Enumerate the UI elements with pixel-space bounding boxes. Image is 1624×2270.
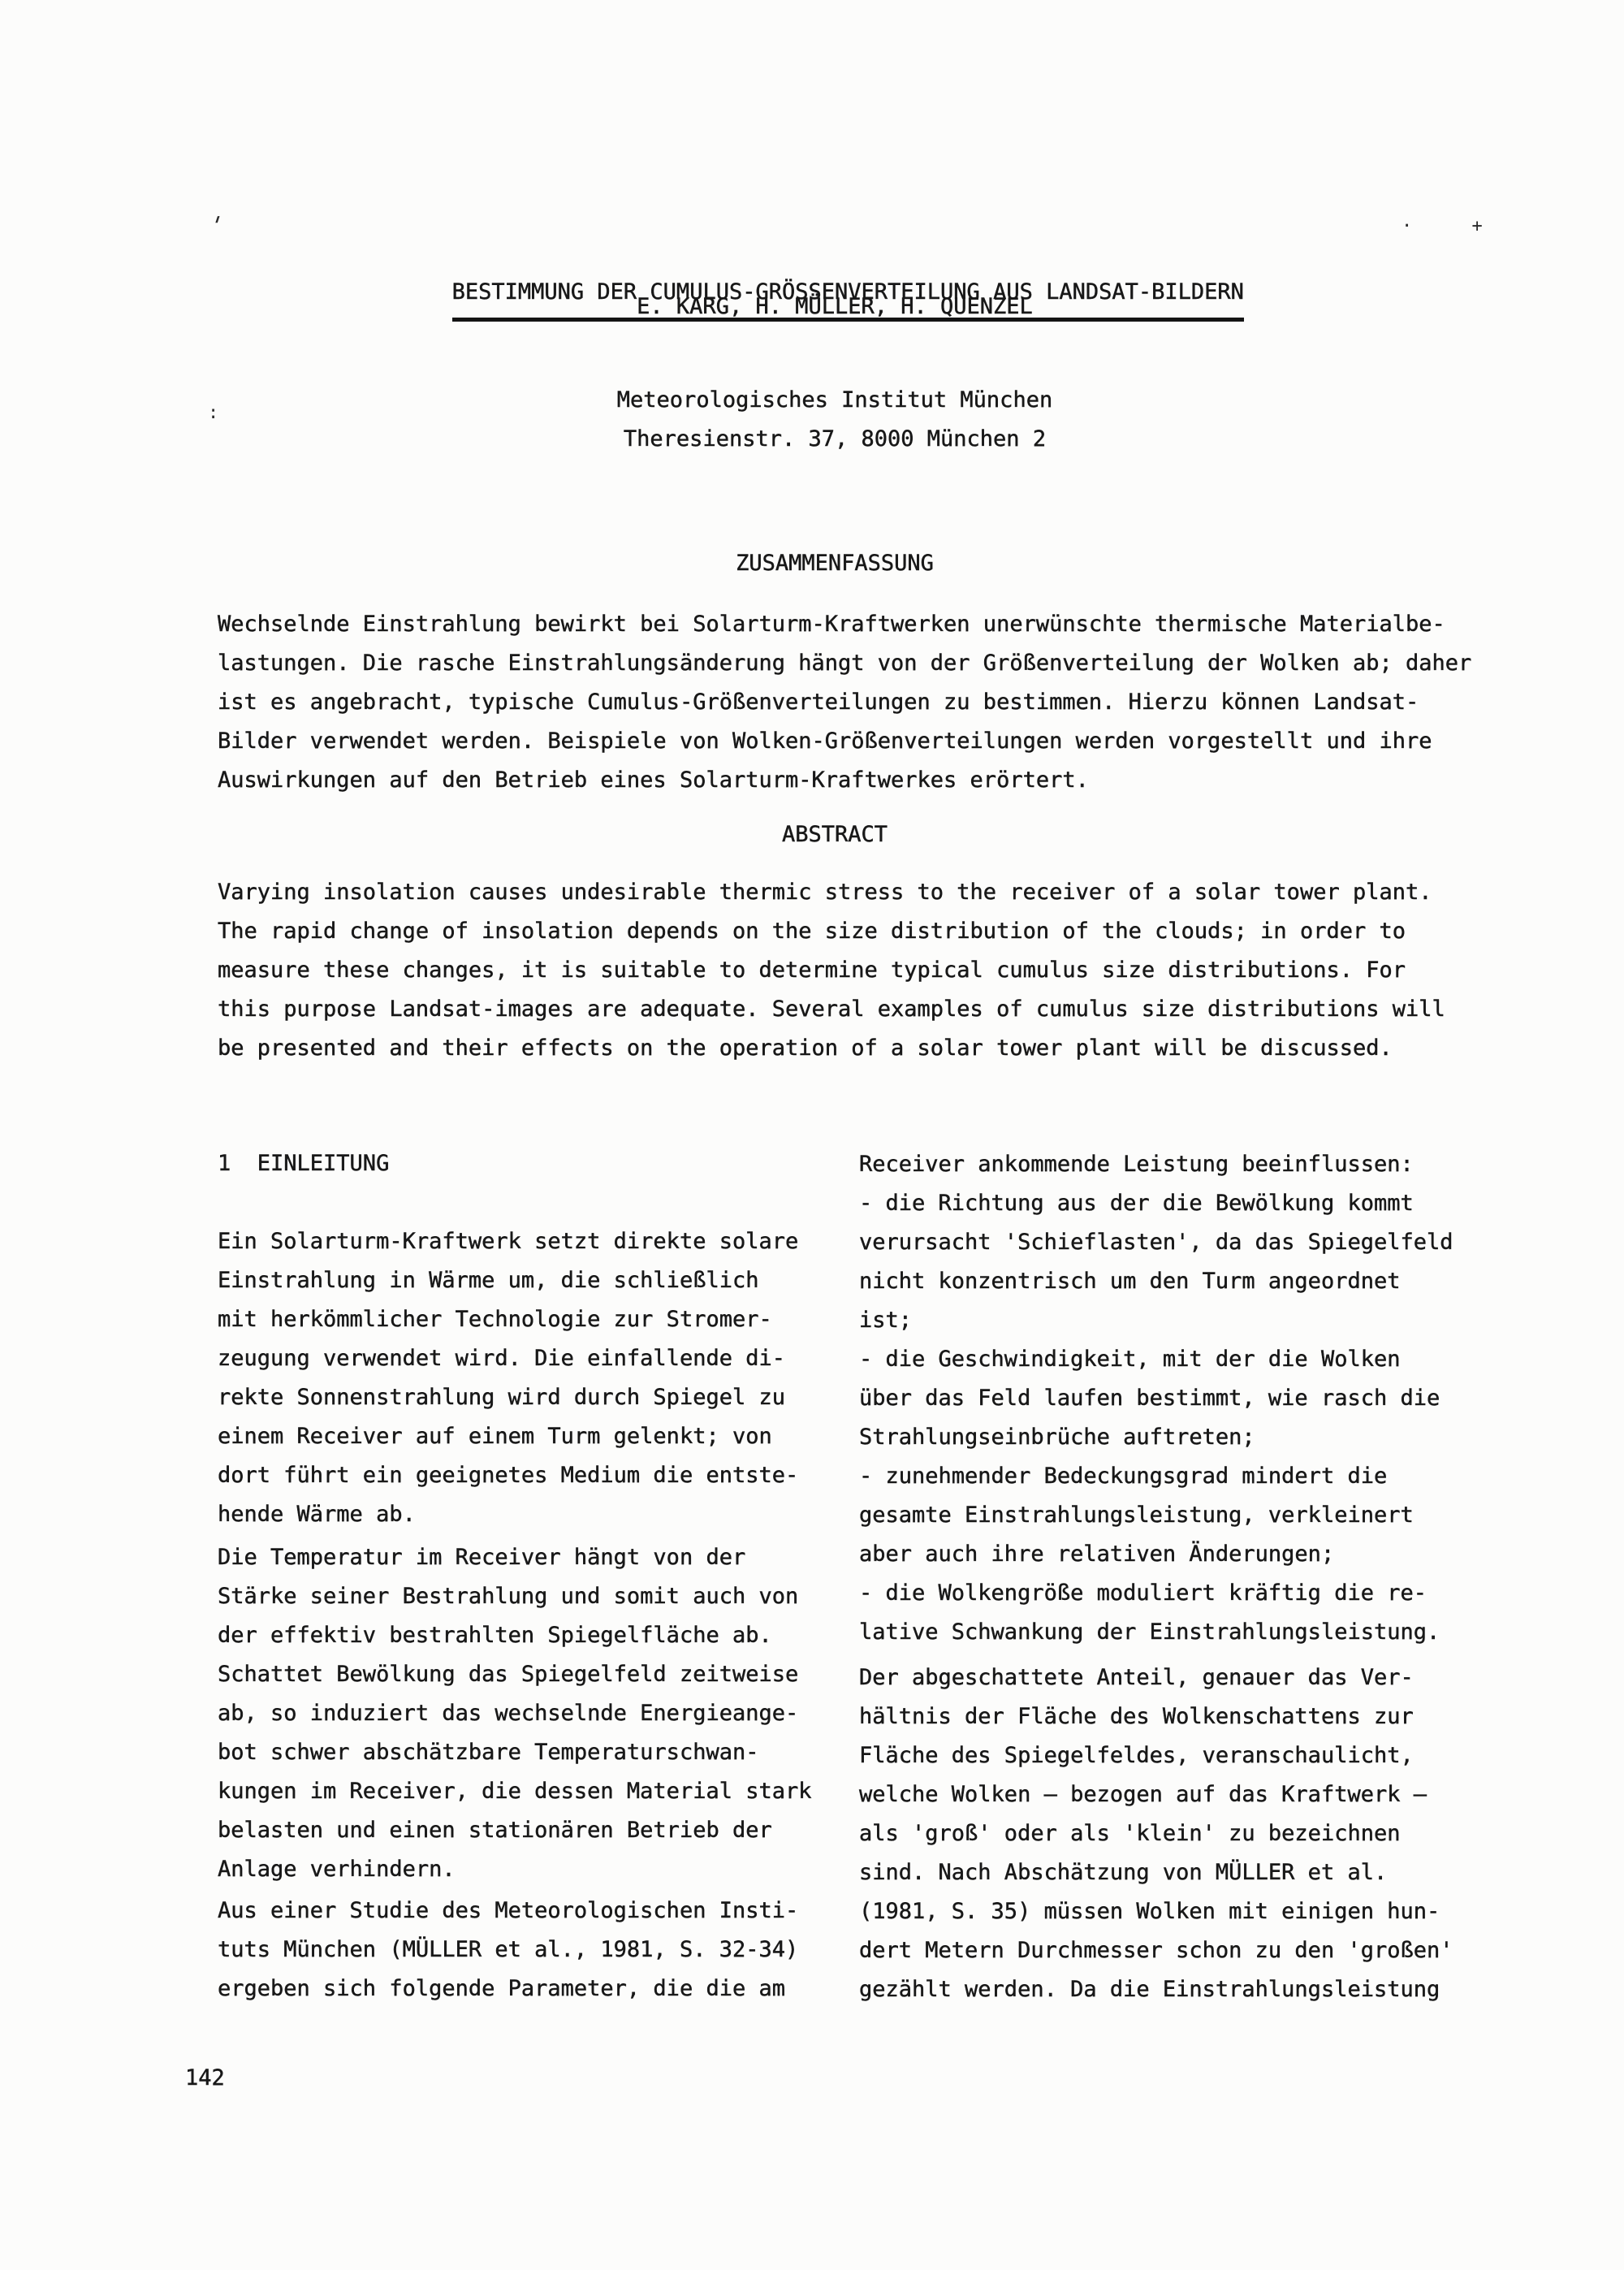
- section-heading-abstract: ABSTRACT: [218, 815, 1452, 854]
- zusammenfassung-paragraph: Wechselnde Einstrahlung bewirkt bei Sola…: [218, 605, 1501, 800]
- authors-line: E. KARG, H. MÜLLER, H. QUENZEL: [218, 288, 1452, 326]
- einleitung-left-paragraph-1: Ein Solarturm-Kraftwerk setzt direkte so…: [218, 1222, 851, 1534]
- abstract-paragraph: Varying insolation causes undesirable th…: [218, 873, 1501, 1068]
- einleitung-left-paragraph-2: Die Temperatur im Receiver hängt von der…: [218, 1538, 851, 1889]
- scan-artifact-top-left: ': [205, 218, 225, 236]
- page-number: 142: [185, 2059, 225, 2098]
- scan-artifact-top-right: · +: [1402, 218, 1507, 236]
- einleitung-left-paragraph-3: Aus einer Studie des Meteorologischen In…: [218, 1892, 851, 2008]
- einleitung-right-paragraph-1: Receiver ankommende Leistung beeinflusse…: [859, 1145, 1501, 1652]
- section-heading-einleitung: 1 EINLEITUNG: [218, 1144, 843, 1183]
- affiliation-block: Meteorologisches Institut München Theres…: [218, 381, 1452, 459]
- einleitung-right-paragraph-2: Der abgeschattete Anteil, genauer das Ve…: [859, 1658, 1501, 2009]
- section-heading-zusammenfassung: ZUSAMMENFASSUNG: [218, 544, 1452, 583]
